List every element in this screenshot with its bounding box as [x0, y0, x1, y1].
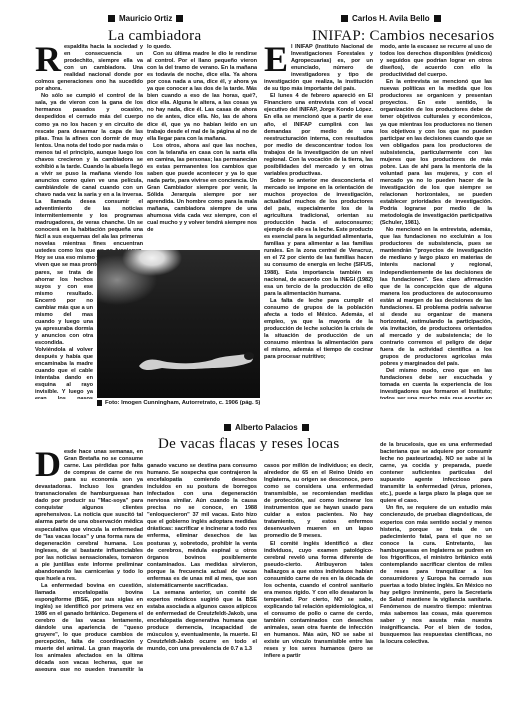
cambiadora-column-2: lo quedo. Con su última madre le dio le …	[147, 44, 257, 244]
person-lying-figure-icon	[137, 350, 257, 372]
vacas-column-4: de la brucelosis, que es una enfermedad …	[380, 442, 492, 671]
paragraph: ganado vacuno se destina para consumo hu…	[147, 463, 257, 590]
drop-cap: E	[264, 45, 288, 73]
photo-caption: Foto: Imogen Cunningham, Autorretrato, c…	[97, 400, 260, 406]
square-bullet-icon	[302, 424, 309, 431]
paragraph: La enfermedad bovina en cuestión, llamad…	[35, 583, 143, 671]
paragraph: pares, se trata de ahorrar los hechos su…	[35, 270, 93, 400]
square-bullet-icon	[176, 15, 183, 22]
author-name: Carlos H. Avila Bello	[352, 14, 430, 23]
byline-cambiadora: Mauricio Ortiz	[108, 14, 183, 23]
paragraph: No mencionó en la entrevista, además, qu…	[380, 227, 492, 368]
author-name: Alberto Palacios	[235, 423, 298, 432]
paragraph: Sobre lo anterior me desconcierta el mer…	[264, 178, 373, 298]
drop-cap: R	[35, 45, 61, 73]
newspaper-page: Mauricio Ortiz La cambiadora R espaldita…	[0, 0, 528, 720]
paragraph: de la brucelosis, que es una enfermedad …	[380, 442, 492, 505]
paragraph: En la entrevista se mencionó que las nue…	[380, 79, 492, 227]
paragraph: No sólo se cumpió el control de la sala,…	[35, 93, 143, 269]
square-bullet-icon	[341, 15, 348, 22]
paragraph: Con su última madre le dio le rendirse a…	[147, 51, 257, 143]
headline-inifap: INIFAP: Cambios necesarios	[312, 28, 495, 45]
square-bullet-icon	[108, 15, 115, 22]
paragraph: La falta de leche para cumplir el consum…	[264, 298, 373, 361]
paragraph: El lunes 4 de febrero apareció en El Fin…	[264, 93, 373, 178]
paragraph: Del mismo modo, creo que en las fundacio…	[380, 368, 492, 399]
square-bullet-icon	[434, 15, 441, 22]
vacas-column-2: ganado vacuno se destina para consumo hu…	[147, 463, 257, 671]
byline-inifap: Carlos H. Avila Bello	[341, 14, 441, 23]
drop-cap: D	[35, 450, 61, 478]
vacas-column-1: D esde hace unas semanas, en Gran Bretañ…	[35, 449, 143, 671]
vacas-column-3: casos por millón de individuos; es decir…	[264, 463, 373, 671]
paragraph: Los otros, ahora así que las noches, con…	[147, 143, 257, 235]
paragraph: lo quedo.	[147, 44, 257, 51]
headline-cambiadora: La cambiadora	[108, 28, 201, 45]
square-bullet-icon	[97, 400, 102, 406]
paragraph: Un fin, se requiere de un estudio más co…	[380, 505, 492, 646]
photo-self-portrait	[97, 250, 260, 398]
byline-vacas: Alberto Palacios	[224, 423, 309, 432]
paragraph: casos por millón de individuos; es decir…	[264, 463, 373, 541]
paragraph: El comité inglés identificó a diez indiv…	[264, 541, 373, 661]
inifap-column-1: E l INIFAP (Instituto Nacional de Invest…	[264, 44, 373, 406]
paragraph: modo, ante la escasez se recurre al uso …	[380, 44, 492, 79]
author-name: Mauricio Ortiz	[119, 14, 172, 23]
square-bullet-icon	[224, 424, 231, 431]
headline-vacas: De vacas flacas y reses locas	[158, 436, 340, 453]
inifap-column-2: modo, ante la escasez se recurre al uso …	[380, 44, 492, 399]
caption-text: Foto: Imogen Cunningham, Autorretrato, c…	[105, 400, 260, 406]
paragraph: La semana anterior, un comité de experto…	[147, 590, 257, 653]
